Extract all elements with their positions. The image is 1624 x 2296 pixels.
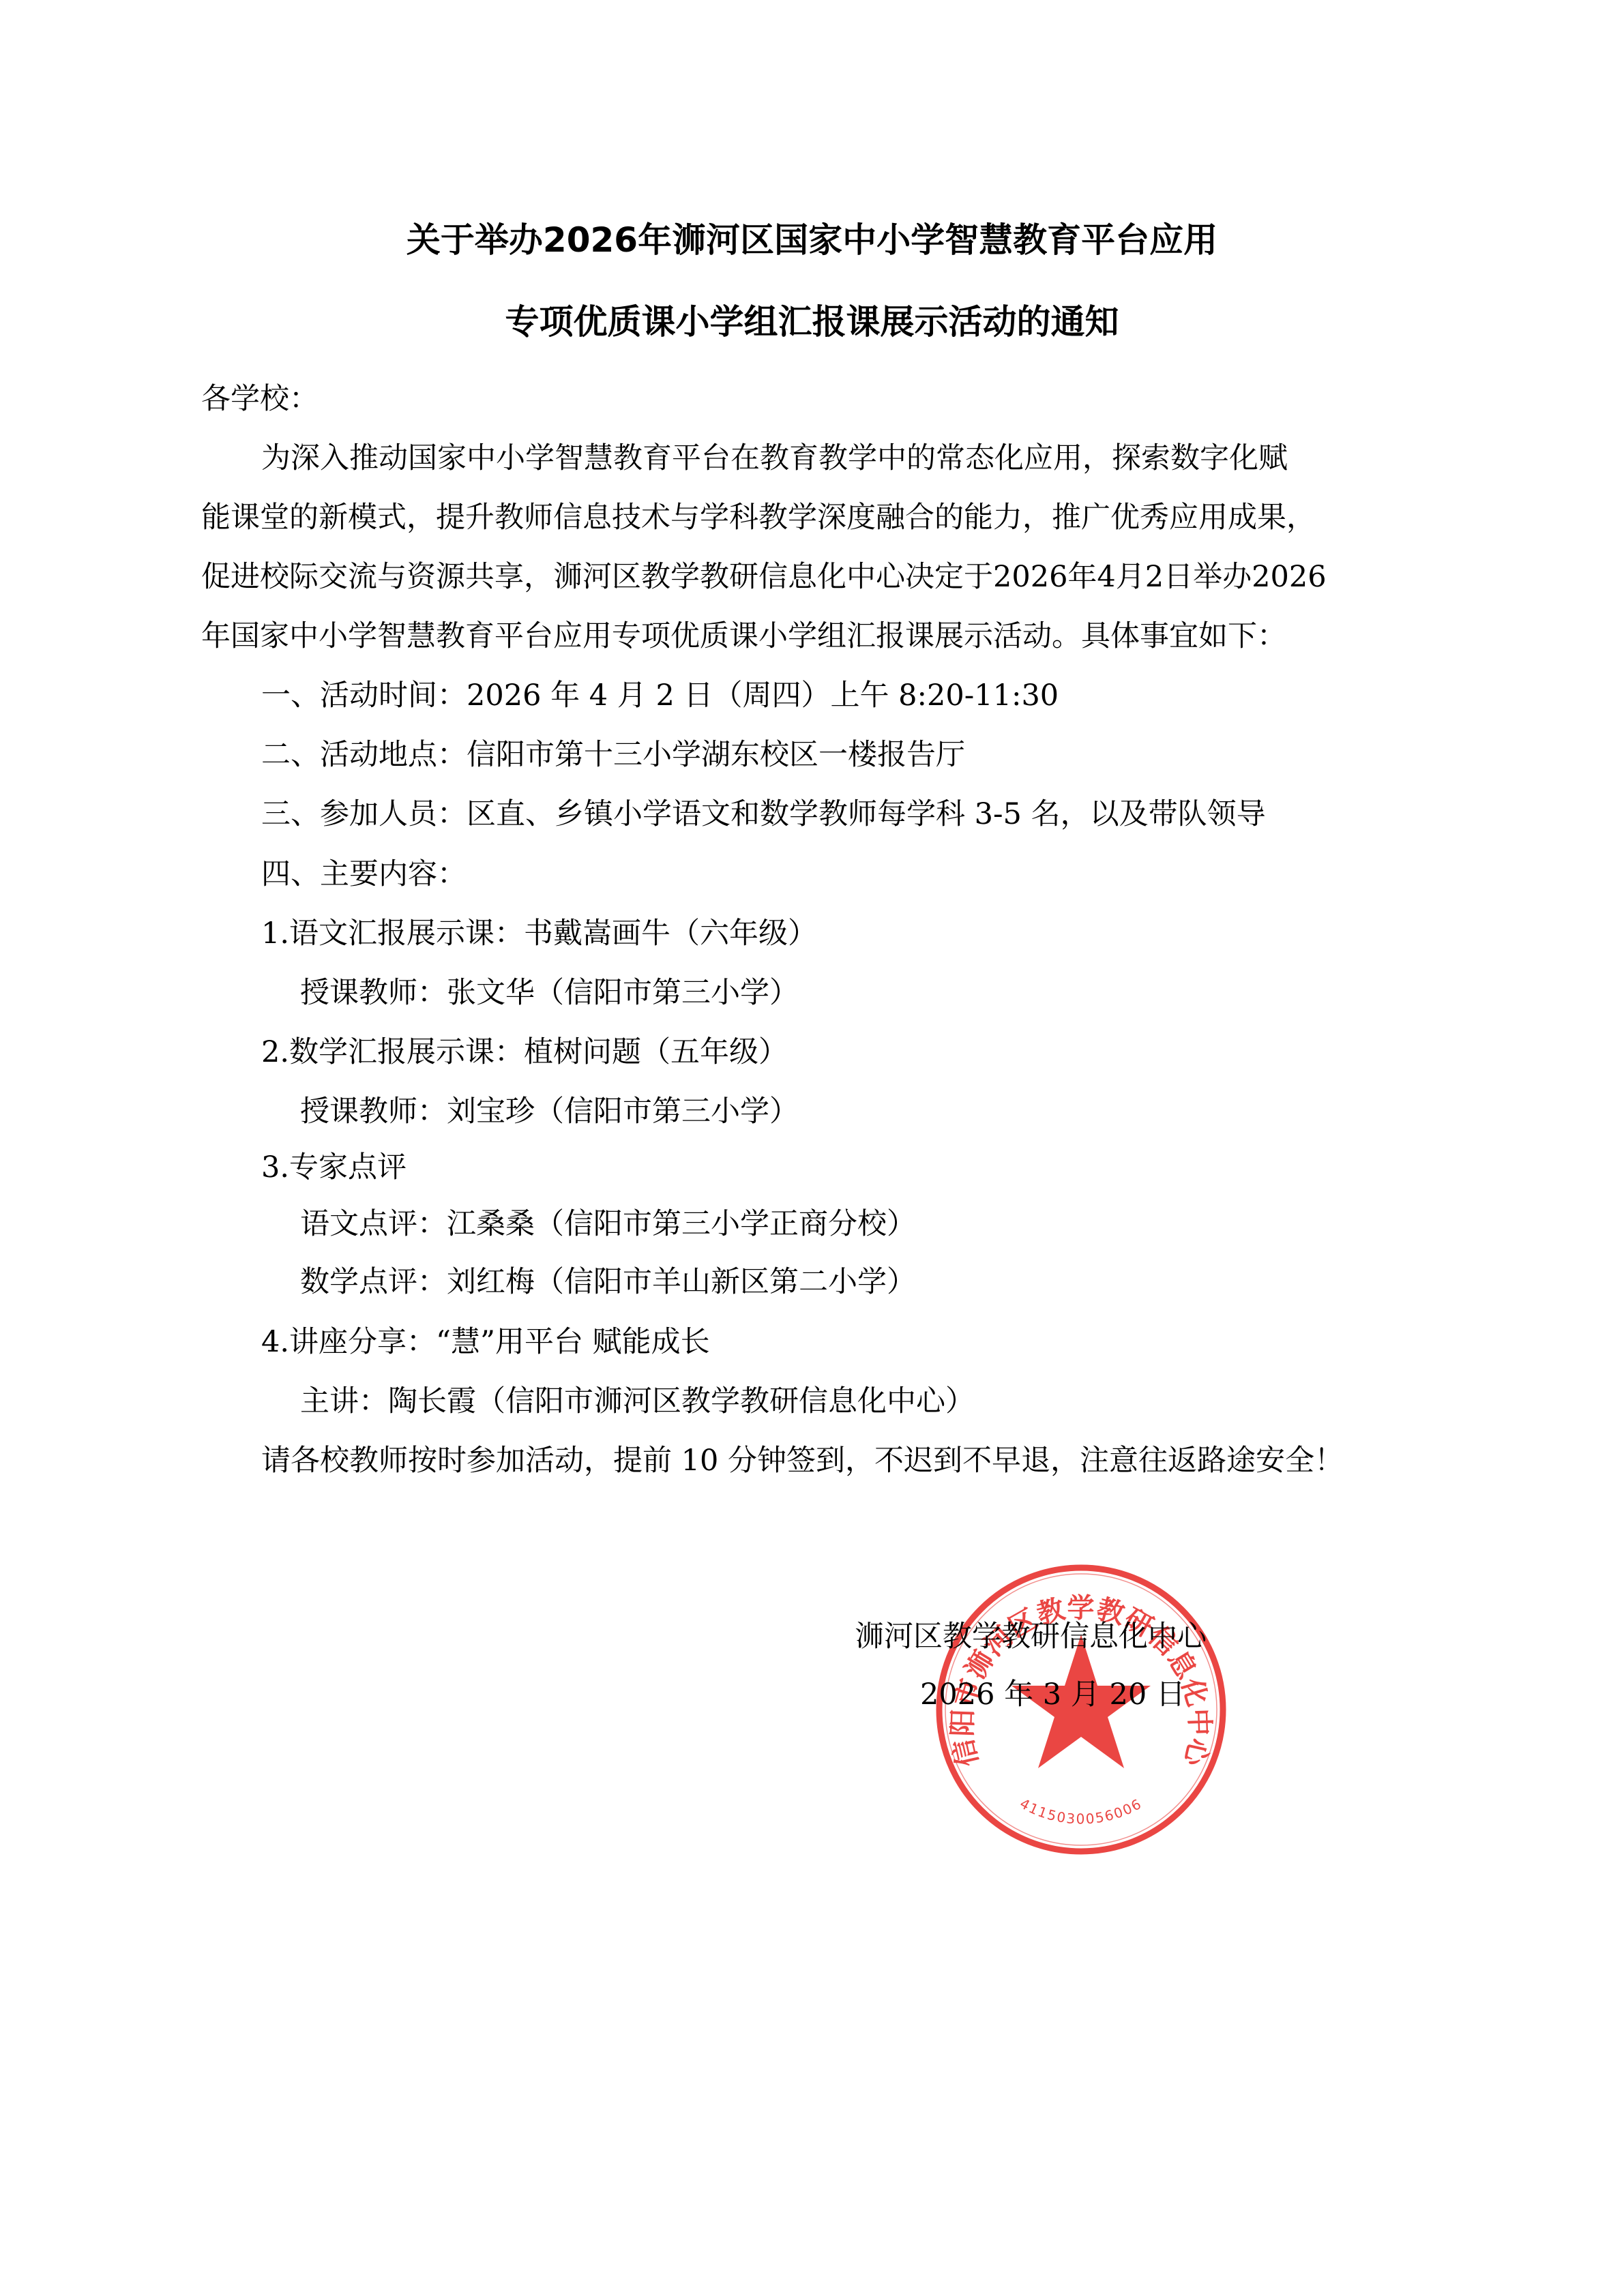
salutation: 各学校： — [201, 378, 319, 419]
content-item-2-heading: 2.数学汇报展示课：植树问题（五年级） — [261, 1032, 788, 1073]
content-item-4-speaker: 主讲：陶长霞（信阳市浉河区教学教研信息化中心） — [300, 1381, 975, 1422]
content-item-3-chinese-review: 语文点评：江桑桑（信阳市第三小学正商分校） — [300, 1204, 916, 1244]
section-participants: 三、参加人员：区直、乡镇小学语文和数学教师每学科 3-5 名，以及带队领导 — [261, 794, 1266, 835]
intro-line-4: 年国家中小学智慧教育平台应用专项优质课小学组汇报课展示活动。具体事宜如下： — [201, 616, 1286, 657]
title-line-1: 关于举办2026年浉河区国家中小学智慧教育平台应用 — [0, 216, 1624, 264]
content-item-4-heading: 4.讲座分享：“慧”用平台 赋能成长 — [261, 1322, 710, 1362]
content-item-1-heading: 1.语文汇报展示课：书戴嵩画牛（六年级） — [261, 913, 817, 954]
intro-line-3: 促进校际交流与资源共享，浉河区教学教研信息化中心决定于2026年4月2日举办20… — [201, 556, 1327, 597]
closing-notice: 请各校教师按时参加活动，提前 10 分钟签到，不迟到不早退，注意往返路途安全！ — [261, 1440, 1344, 1481]
svg-text:4115030056006: 4115030056006 — [1017, 1795, 1145, 1827]
title-line-2: 专项优质课小学组汇报课展示活动的通知 — [0, 298, 1624, 346]
intro-line-1: 为深入推动国家中小学智慧教育平台在教育教学中的常态化应用，探索数字化赋 — [261, 438, 1288, 479]
intro-line-2: 能课堂的新模式，提升教师信息技术与学科教学深度融合的能力，推广优秀应用成果， — [201, 497, 1316, 538]
section-location: 二、活动地点：信阳市第十三小学湖东校区一楼报告厅 — [261, 734, 965, 775]
signature-organization: 浉河区教学教研信息化中心 — [855, 1616, 1207, 1657]
seal-number: 4115030056006 — [1017, 1795, 1145, 1827]
content-item-3-heading: 3.专家点评 — [261, 1147, 407, 1188]
content-item-1-teacher: 授课教师：张文华（信阳市第三小学） — [300, 972, 799, 1013]
content-item-2-teacher: 授课教师：刘宝珍（信阳市第三小学） — [300, 1091, 799, 1132]
signature-date: 2026 年 3 月 20 日 — [920, 1674, 1185, 1715]
section-content-heading: 四、主要内容： — [261, 854, 467, 895]
content-item-3-math-review: 数学点评：刘红梅（信阳市羊山新区第二小学） — [300, 1262, 916, 1302]
section-time: 一、活动时间：2026 年 4 月 2 日（周四）上午 8:20-11:30 — [261, 675, 1059, 716]
